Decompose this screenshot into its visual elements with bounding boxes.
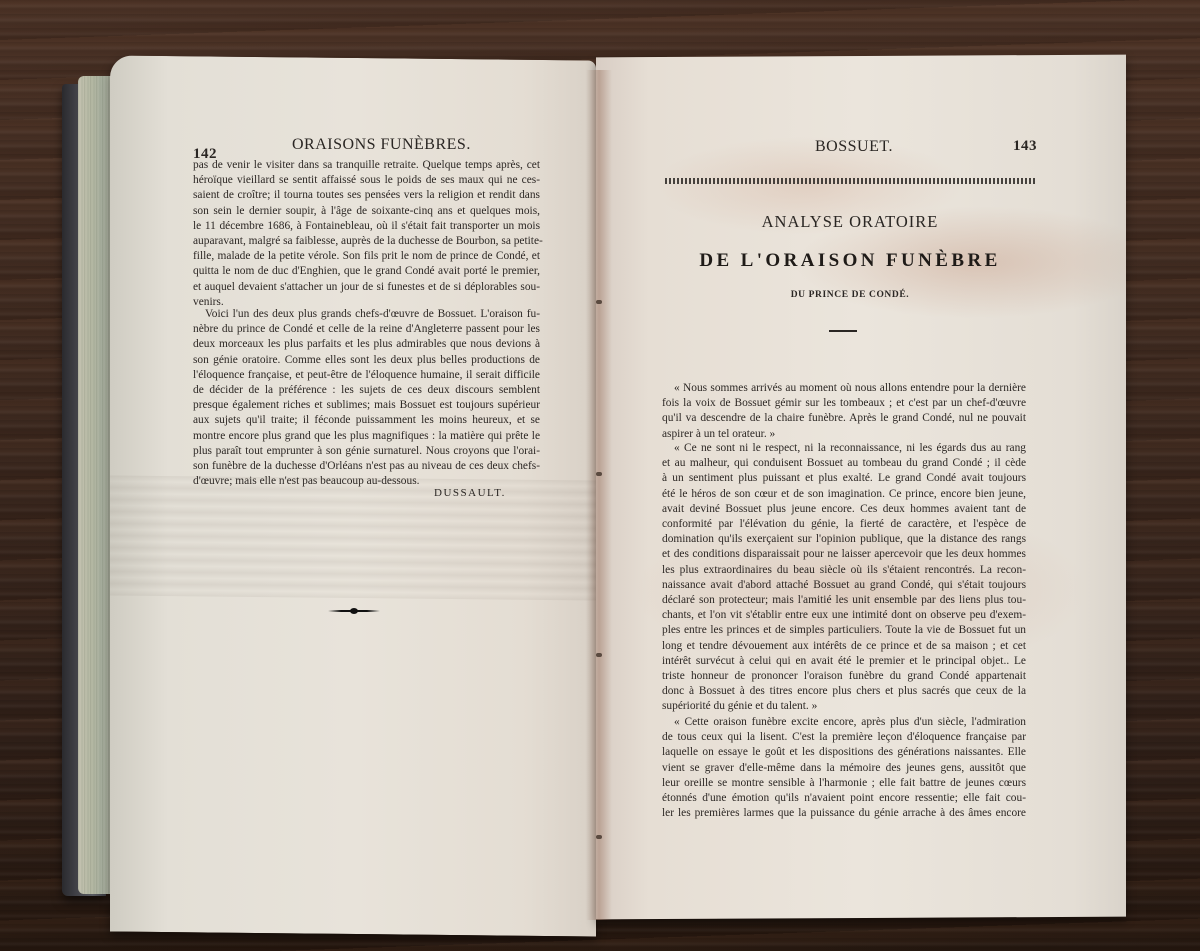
- text-line: quitta le nom de duc d'Enghien, que le g…: [193, 264, 540, 279]
- text-line: qu'il va descendre de la chaire funèbre.…: [662, 411, 1026, 426]
- heading-oraison-funebre: DE L'ORAISON FUNÈBRE: [620, 250, 1080, 272]
- text-line: fille, malade de la petite vérole. Son f…: [193, 249, 540, 264]
- page-ripple: [110, 475, 596, 600]
- binding-stitch: [596, 653, 602, 657]
- text-line: montre encore plus grand que les plus ma…: [193, 429, 540, 444]
- binding-stitch: [596, 300, 602, 304]
- right-paragraph-2: « Ce ne sont ni le respect, ni la reconn…: [662, 441, 1026, 715]
- text-line: héroïque vieillard se sentit affaissé so…: [193, 173, 540, 188]
- right-page-number: 143: [1013, 138, 1037, 155]
- decorative-wavy-rule: [665, 178, 1035, 184]
- text-line: été le héros de son cœur et de son imagi…: [662, 487, 1026, 502]
- text-line: son sein le dernier soupir, à l'âge de s…: [193, 204, 540, 219]
- left-paragraph-1: pas de venir le visiter dans sa tranquil…: [193, 158, 540, 310]
- heading-analyse-oratoire: ANALYSE ORATOIRE: [620, 212, 1080, 232]
- text-line: son génie oratoire. Comme elles sont les…: [193, 353, 540, 368]
- text-line: de tous ceux qui la lisent. C'est la pre…: [662, 730, 1026, 745]
- text-line: naissance avait d'abord attaché Bossuet …: [662, 578, 1026, 593]
- binding-stitch: [596, 835, 602, 839]
- text-line: ples entre les princes et de simples par…: [662, 623, 1026, 638]
- text-line: à un sentiment plus puissant et plus exa…: [662, 471, 1026, 486]
- right-paragraph-1: « Nous sommes arrivés au moment où nous …: [662, 381, 1026, 442]
- author-signature: DUSSAULT.: [434, 487, 506, 499]
- text-line: déclaré son protecteur; mais l'amitié le…: [662, 593, 1026, 608]
- right-running-title: BOSSUET.: [815, 138, 893, 156]
- text-line: vient se graver d'elle-même dans la mémo…: [662, 761, 1026, 776]
- right-paragraph-3: « Cette oraison funèbre excite encore, a…: [662, 715, 1026, 821]
- text-line: et auquel devaient s'attacher un jour de…: [193, 280, 540, 295]
- text-line: saient de croître; il tourna toutes ses …: [193, 188, 540, 203]
- text-line: deux morceaux les plus parfaits et les p…: [193, 337, 540, 352]
- text-line: long et tendre dévouement aux intérêts d…: [662, 639, 1026, 654]
- text-line: de décider de la préférence : les sujets…: [193, 383, 540, 398]
- text-line: les plus extraordinaires du beau siècle …: [662, 563, 1026, 578]
- text-line: ler les premières larmes que la puissanc…: [662, 806, 1026, 821]
- tailpiece-ornament-icon: [328, 609, 380, 613]
- open-book: 142 ORAISONS FUNÈBRES. pas de venir le v…: [0, 0, 1200, 951]
- text-line: Voici l'un des deux plus grands chefs-d'…: [193, 307, 540, 322]
- text-line: intérêt survécut à celui qui en avait ét…: [662, 654, 1026, 669]
- text-line: laquelle on essaye le goût et les dispos…: [662, 745, 1026, 760]
- text-line: son funèbre de la duchesse d'Orléans n'e…: [193, 459, 540, 474]
- text-line: chants, et l'on vit s'établir entre eux …: [662, 608, 1026, 623]
- text-line: supériorité du génie et du talent. »: [662, 699, 1026, 714]
- left-paragraph-2: Voici l'un des deux plus grands chefs-d'…: [193, 307, 540, 489]
- left-running-title: ORAISONS FUNÈBRES.: [292, 136, 471, 154]
- text-line: le 11 décembre 1686, à Fontainebleau, où…: [193, 219, 540, 234]
- book-gutter: [586, 70, 612, 920]
- text-line: et au malheur, qui conduisent Bossuet au…: [662, 456, 1026, 471]
- text-line: leur oreille se montre sensible à l'harm…: [662, 776, 1026, 791]
- text-line: et des conditions disparaissait pour ne …: [662, 547, 1026, 562]
- text-line: « Cette oraison funèbre excite encore, a…: [662, 715, 1026, 730]
- text-line: l'éloquence française, et peut-être de l…: [193, 368, 540, 383]
- short-divider-rule: [829, 330, 857, 332]
- text-line: conformité par l'élévation du génie, la …: [662, 517, 1026, 532]
- text-line: plus paraît tout emprunter à son génie s…: [193, 444, 540, 459]
- text-line: étonnés d'une émotion qu'ils n'avaient p…: [662, 791, 1026, 806]
- text-line: avait deviné Bossuet plus jeune encore. …: [662, 502, 1026, 517]
- text-line: aspirer à un tel orateur. »: [662, 427, 1026, 442]
- text-line: « Nous sommes arrivés au moment où nous …: [662, 381, 1026, 396]
- text-line: auparavant, malgré sa faiblesse, auprès …: [193, 234, 540, 249]
- text-line: domination qu'ils exerçaient sur l'opini…: [662, 532, 1026, 547]
- text-line: pas de venir le visiter dans sa tranquil…: [193, 158, 540, 173]
- text-line: triste honneur de prononcer l'oraison fu…: [662, 669, 1026, 684]
- text-line: donc à Bossuet à des titres encore plus …: [662, 684, 1026, 699]
- text-line: nèbre du prince de Condé et celle de la …: [193, 322, 540, 337]
- text-line: aux sujets qu'il traite; il féconde puis…: [193, 413, 540, 428]
- binding-stitch: [596, 472, 602, 476]
- heading-prince-de-conde: DU PRINCE DE CONDÉ.: [620, 290, 1080, 300]
- text-line: « Ce ne sont ni le respect, ni la reconn…: [662, 441, 1026, 456]
- text-line: fois la voix de Bossuet gémir sur les to…: [662, 396, 1026, 411]
- text-line: presque également riches et sublimes; ma…: [193, 398, 540, 413]
